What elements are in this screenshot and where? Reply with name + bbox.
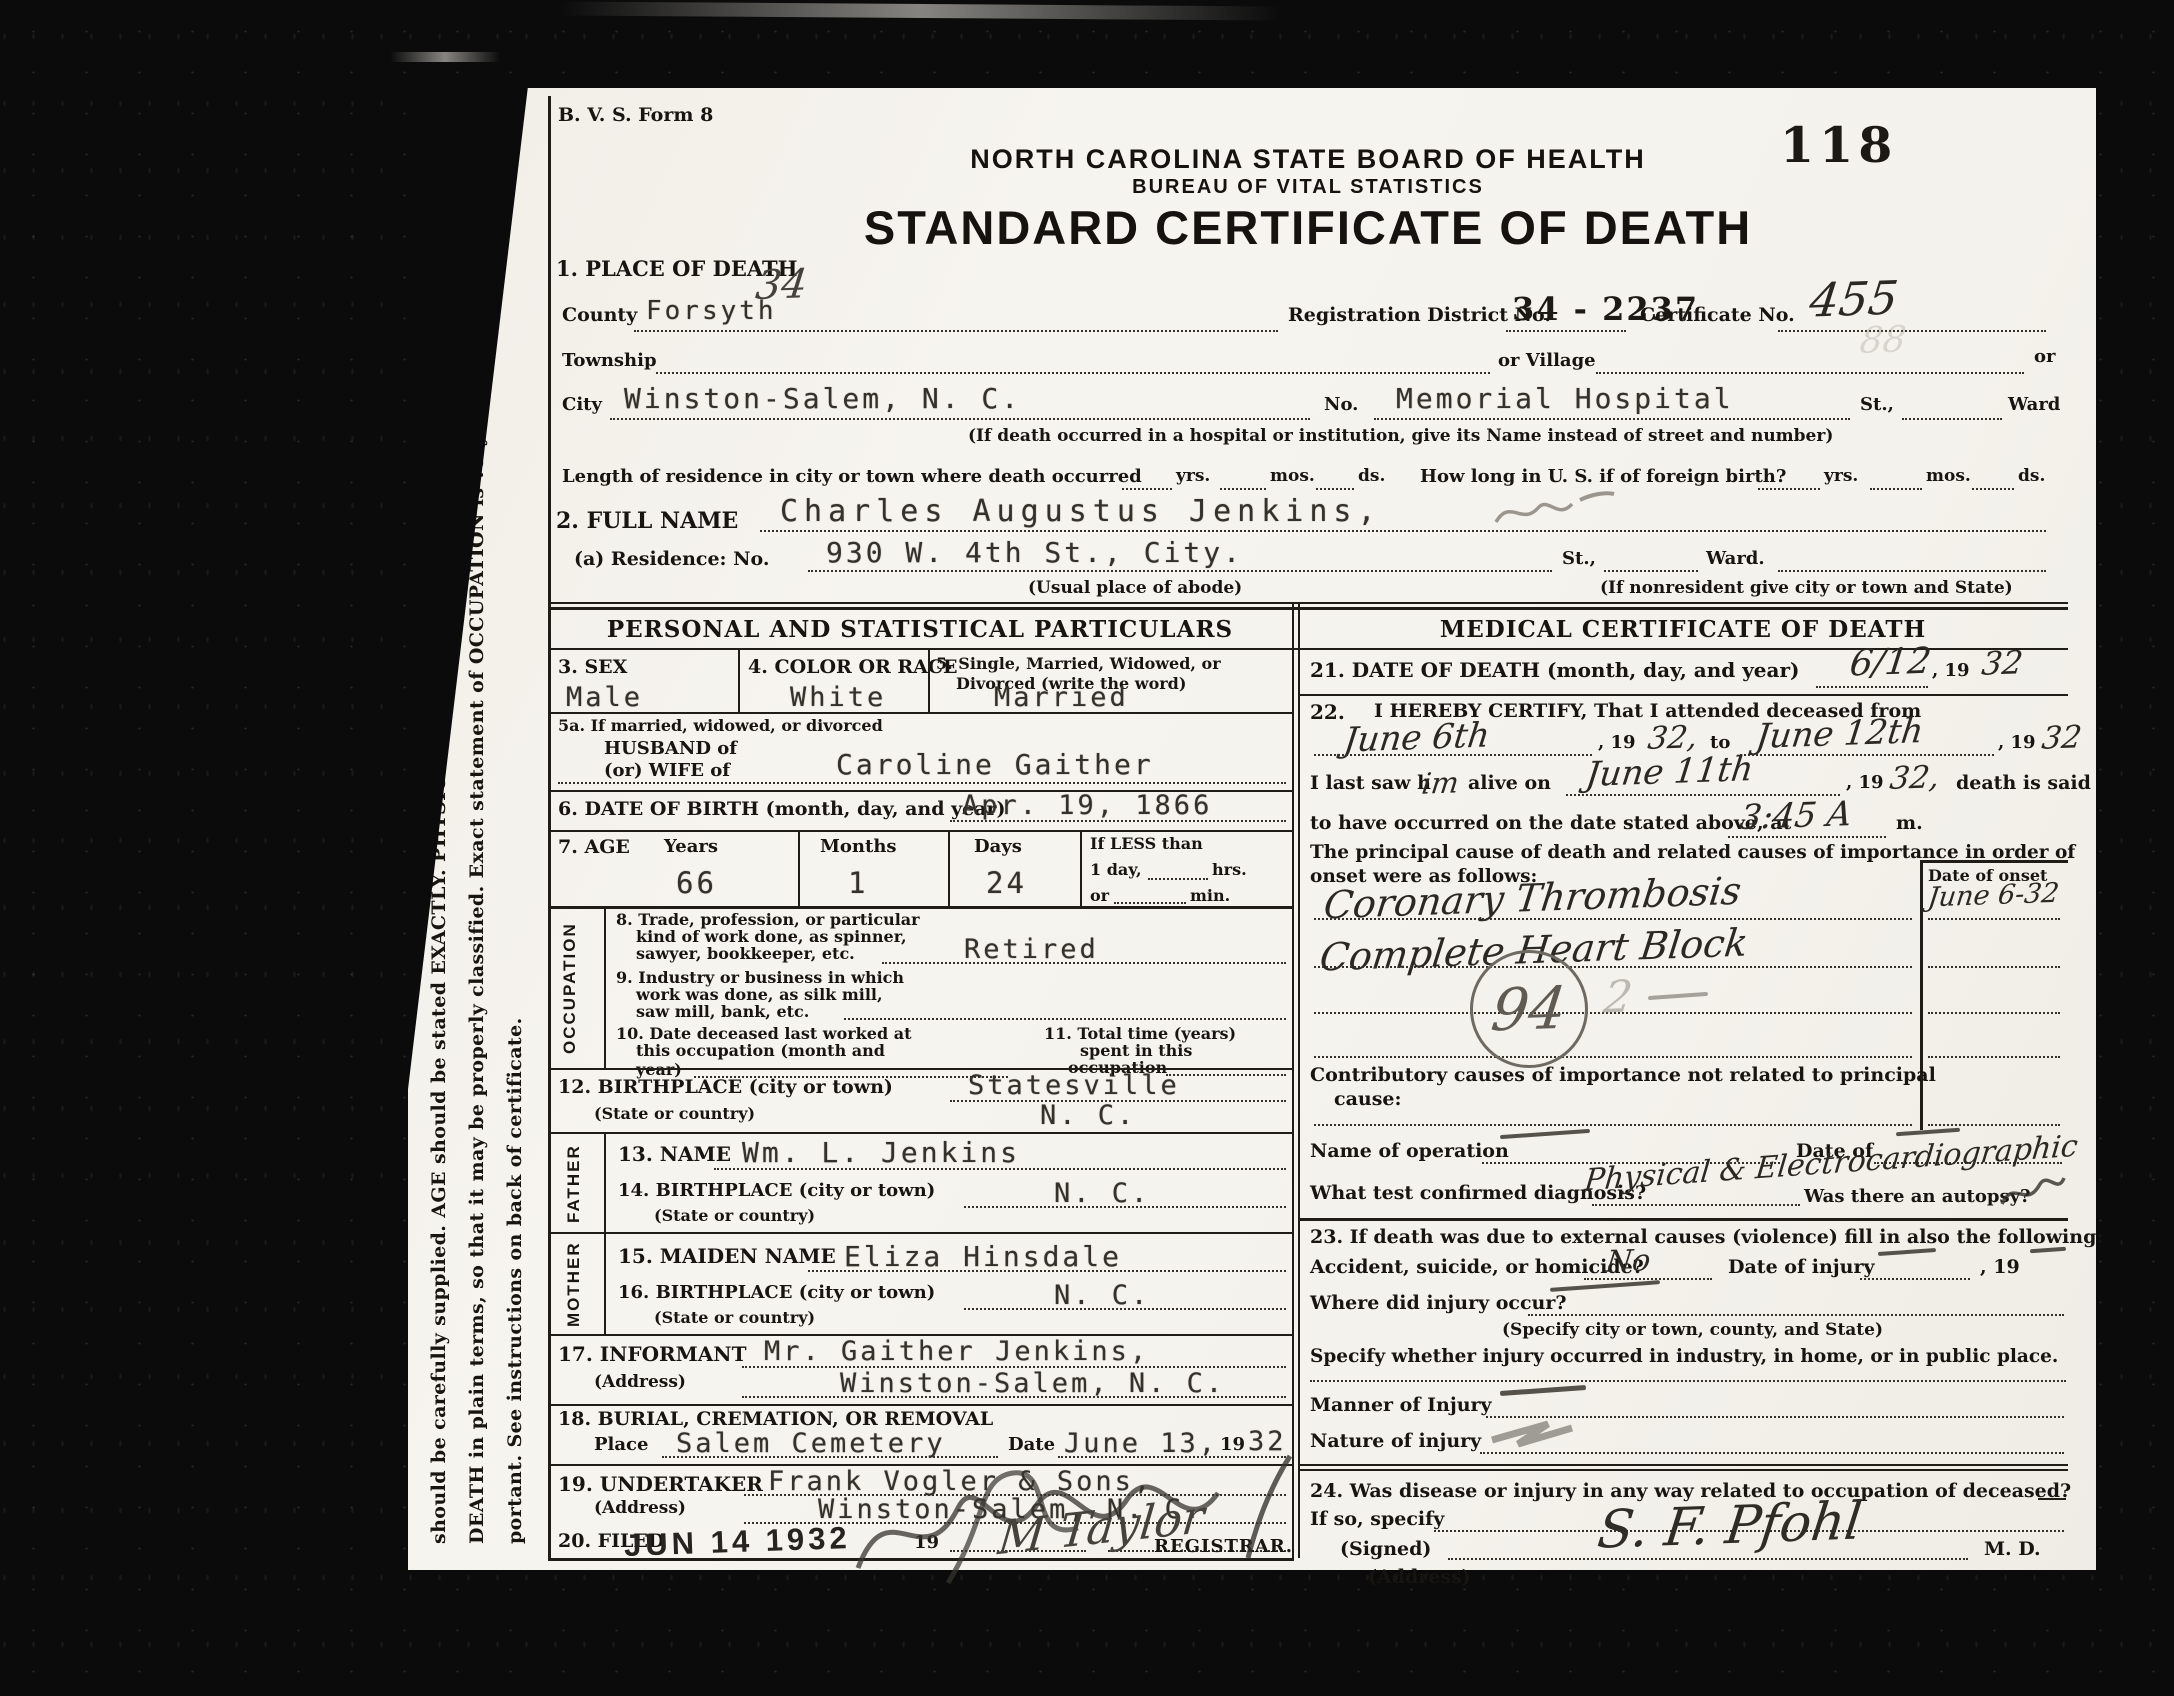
sex-value: Male xyxy=(566,682,643,713)
nonresident-note: (If nonresident give city or town and St… xyxy=(1600,578,2013,598)
fill-line xyxy=(1166,1074,1286,1076)
divider-line xyxy=(928,648,930,712)
fill-line xyxy=(1870,488,1922,490)
rule-line xyxy=(1298,694,2068,696)
scanned-document: should be carefully supplied. AGE should… xyxy=(0,0,2174,1696)
fill-line xyxy=(742,1396,1286,1398)
divider-line xyxy=(798,830,800,906)
mother-name-value: Eliza Hinsdale xyxy=(844,1240,1122,1273)
margin-note-line3: portant. See instructions on back of cer… xyxy=(504,1017,526,1544)
age-less-label-2: 1 day, xyxy=(1090,860,1142,879)
divider-line xyxy=(948,830,950,906)
form-number: B. V. S. Form 8 xyxy=(558,104,713,126)
rule-line xyxy=(548,648,2068,650)
sex-label: 3. SEX xyxy=(558,656,627,678)
fill-line xyxy=(634,330,1278,332)
industry-label-3: saw mill, bank, etc. xyxy=(636,1002,809,1021)
birthplace-state-value: N. C. xyxy=(1040,1100,1136,1131)
city-label: City xyxy=(562,394,602,415)
informant-address-value: Winston-Salem, N. C. xyxy=(840,1368,1225,1399)
father-name-value: Wm. L. Jenkins xyxy=(742,1136,1020,1169)
undertaker-label: 19. UNDERTAKER xyxy=(558,1472,763,1496)
township-label: Township xyxy=(562,350,657,371)
pencil-smudge xyxy=(1488,1416,1588,1450)
age-days-label: Days xyxy=(974,836,1022,857)
onset-date-1: June 6-32 xyxy=(1926,878,2061,914)
birth-date-label: 6. DATE OF BIRTH (month, day, and year) xyxy=(558,798,1006,820)
fill-line xyxy=(844,1018,1286,1020)
fill-line xyxy=(1528,1314,2064,1316)
fill-line xyxy=(1448,1558,1968,1560)
hospital-note: (If death occurred in a hospital or inst… xyxy=(968,426,1833,446)
date-of-death-label: 21. DATE OF DEATH (month, day, and year) xyxy=(1310,658,1800,682)
rule-line xyxy=(1920,860,2068,863)
fill-line xyxy=(1480,1452,2064,1454)
fill-line xyxy=(1314,918,1912,920)
fill-line xyxy=(1506,330,1626,332)
divider-line xyxy=(604,1232,606,1334)
fill-line xyxy=(1314,1056,1912,1058)
file-stamp-number: 118 xyxy=(1780,116,1897,174)
form-border-left xyxy=(548,96,551,1558)
rule-line xyxy=(2038,1498,2066,1500)
rule-line xyxy=(548,906,1292,909)
injury-19-label: , 19 xyxy=(1980,1256,2020,1278)
address-label: (Address) xyxy=(1368,1566,1471,1588)
date-of-death-year: 32 xyxy=(1980,643,2025,683)
rule-line xyxy=(548,830,1292,832)
age-months-value: 1 xyxy=(848,866,868,900)
pencil-squiggle xyxy=(1488,486,1618,530)
if-so-specify-label: If so, specify xyxy=(1310,1508,1444,1530)
father-birthplace-value: N. C. xyxy=(1054,1178,1150,1209)
column-divider xyxy=(1298,602,1300,1558)
external-causes-label: 23. If death was due to external causes … xyxy=(1310,1226,2103,1248)
specify-city-note: (Specify city or town, county, and State… xyxy=(1502,1320,1883,1340)
last-saw-label: I last saw h xyxy=(1310,772,1431,794)
pencil-code-value: 94 xyxy=(1488,974,1570,1045)
fill-line xyxy=(1928,1124,2060,1126)
county-label: County xyxy=(562,304,637,326)
last-worked-label-2: this occupation (month and xyxy=(636,1041,885,1060)
fill-line xyxy=(1114,902,1186,904)
yrs-label: yrs. xyxy=(1824,466,1858,486)
attended-to-value: June 12th xyxy=(1754,711,1926,757)
fill-line xyxy=(1902,418,2002,420)
rule-line xyxy=(548,1404,1292,1406)
birthplace-label: 12. BIRTHPLACE (city or town) xyxy=(558,1076,893,1098)
fill-line xyxy=(1972,488,2014,490)
attended-to-19: , 19 xyxy=(1998,732,2036,753)
rule-line xyxy=(1298,1469,2068,1471)
fill-line xyxy=(1928,966,2060,968)
fill-line xyxy=(1584,1278,1712,1280)
death-said-label: death is said xyxy=(1956,772,2091,794)
fill-line xyxy=(1374,418,1850,420)
undertaker-address-label: (Address) xyxy=(594,1498,686,1518)
accident-value: No xyxy=(1604,1243,1653,1280)
rule-line xyxy=(548,1232,1292,1234)
foreign-birth-label: How long in U. S. if of foreign birth? xyxy=(1420,466,1786,487)
yrs-label: yrs. xyxy=(1176,466,1210,486)
faint-pencil-mark: 88 xyxy=(1857,319,1908,362)
fill-line xyxy=(1778,330,2046,332)
rule-line xyxy=(548,607,2068,610)
village-label: or Village xyxy=(1498,350,1596,371)
age-days-value: 24 xyxy=(986,866,1027,900)
marital-value: Married xyxy=(994,682,1129,713)
fill-line xyxy=(656,372,1490,374)
city-value: Winston-Salem, N. C. xyxy=(624,382,1021,415)
last-saw-year: 32, xyxy=(1888,759,1942,797)
injury-date-label: Date of injury xyxy=(1728,1256,1875,1278)
fill-line xyxy=(808,1270,1286,1272)
fill-line xyxy=(808,570,1552,572)
full-name-label: 2. FULL NAME xyxy=(556,508,738,534)
institution-value: Memorial Hospital xyxy=(1396,382,1734,415)
marital-label-1: 5. Single, Married, Widowed, or xyxy=(936,654,1221,673)
date-of-death-19: , 19 xyxy=(1932,660,1970,681)
certify-number: 22. xyxy=(1310,700,1345,724)
fill-line xyxy=(882,962,1286,964)
residence-length-label: Length of residence in city or town wher… xyxy=(562,466,1142,487)
fill-line xyxy=(1778,570,2046,572)
fill-line xyxy=(964,1206,1286,1208)
birthplace-state-label: (State or country) xyxy=(594,1104,755,1123)
pencil-dash xyxy=(1550,1280,1660,1292)
rule-line xyxy=(548,1132,1292,1134)
contributory-label-2: cause: xyxy=(1334,1088,1402,1110)
scan-streak xyxy=(560,1,1280,20)
pencil-dash xyxy=(1500,1385,1586,1396)
occurred-label: to have occurred on the date stated abov… xyxy=(1310,812,1791,834)
birth-date-value: Apr. 19, 1866 xyxy=(962,790,1212,821)
manner-of-injury-label: Manner of Injury xyxy=(1310,1394,1492,1416)
attended-to-year: 32 xyxy=(2040,719,2084,757)
rule-line xyxy=(1298,1218,2068,1221)
last-saw-value: June 11th xyxy=(1584,749,1756,795)
column-divider xyxy=(1292,602,1294,1558)
fill-line xyxy=(1220,488,1266,490)
informant-value: Mr. Gaither Jenkins, xyxy=(764,1336,1149,1367)
scan-streak xyxy=(390,52,500,62)
street-label: St., xyxy=(1860,394,1894,415)
fill-line xyxy=(760,530,2046,532)
fill-line xyxy=(558,782,1286,784)
fill-line xyxy=(1928,918,2060,920)
age-hrs-label: hrs. xyxy=(1212,860,1247,879)
husband-of-label: HUSBAND of xyxy=(604,738,737,759)
fill-line xyxy=(1122,488,1172,490)
divider-line xyxy=(604,1132,606,1232)
rule-line xyxy=(548,602,2068,604)
occupation-side-label: OCCUPATION xyxy=(560,914,580,1062)
fill-line xyxy=(1816,686,1928,688)
m-label: m. xyxy=(1896,812,1923,834)
divider-line xyxy=(1080,830,1082,906)
or-label: or xyxy=(2034,346,2056,367)
fill-line xyxy=(1604,570,1698,572)
certificate-no-label: Certificate No. xyxy=(1640,304,1795,326)
fill-line xyxy=(1596,372,2024,374)
burial-label: 18. BURIAL, CREMATION, OR REMOVAL xyxy=(558,1408,993,1430)
mos-label: mos. xyxy=(1270,466,1315,486)
operation-label: Name of operation xyxy=(1310,1140,1509,1162)
fill-line xyxy=(714,1168,1286,1170)
pencil-dash xyxy=(1500,1129,1590,1139)
informant-label: 17. INFORMANT xyxy=(558,1342,746,1366)
fill-line xyxy=(1740,754,1994,756)
contributory-label-1: Contributory causes of importance not re… xyxy=(1310,1064,1936,1086)
spouse-label: 5a. If married, widowed, or divorced xyxy=(558,716,883,735)
certificate-page: should be carefully supplied. AGE should… xyxy=(408,88,2096,1570)
bureau-header: BUREAU OF VITAL STATISTICS xyxy=(878,176,1738,199)
abode-note: (Usual place of abode) xyxy=(1028,578,1242,598)
wife-of-label: (or) WIFE of xyxy=(604,760,730,781)
age-min-label: min. xyxy=(1190,886,1230,905)
ds-label: ds. xyxy=(2018,466,2045,486)
full-name-value: Charles Augustus Jenkins, xyxy=(780,494,1382,529)
mother-state-label: (State or country) xyxy=(654,1308,815,1327)
residence-label: (a) Residence: No. xyxy=(574,548,770,570)
autopsy-scribble xyxy=(1996,1170,2068,1214)
fill-line xyxy=(1310,1380,2066,1382)
personal-section-header: PERSONAL AND STATISTICAL PARTICULARS xyxy=(548,616,1292,643)
race-value: White xyxy=(790,682,886,713)
fill-line xyxy=(1758,488,1820,490)
fill-line xyxy=(1316,488,1354,490)
street-label: St., xyxy=(1562,548,1596,569)
pencil-code-extra: 2 xyxy=(1601,971,1635,1023)
trade-value: Retired xyxy=(964,934,1099,965)
father-state-label: (State or country) xyxy=(654,1206,815,1225)
signed-label: (Signed) xyxy=(1340,1538,1431,1560)
birthplace-value: Statesville xyxy=(968,1070,1180,1101)
md-label: M. D. xyxy=(1984,1538,2041,1560)
fill-line xyxy=(1728,836,1886,838)
age-months-label: Months xyxy=(820,836,897,857)
mother-birthplace-label: 16. BIRTHPLACE (city or town) xyxy=(618,1282,935,1303)
father-birthplace-label: 14. BIRTHPLACE (city or town) xyxy=(618,1180,935,1201)
rule-line xyxy=(548,712,1292,714)
age-years-label: Years xyxy=(664,836,718,857)
pencil-dash xyxy=(1878,1248,1936,1256)
father-side-label: FATHER xyxy=(564,1140,584,1228)
race-label: 4. COLOR OR RACE xyxy=(748,656,958,678)
medical-section-header: MEDICAL CERTIFICATE OF DEATH xyxy=(1298,616,2068,643)
divider-line xyxy=(738,648,740,712)
divider-line xyxy=(604,906,606,1068)
age-years-value: 66 xyxy=(676,866,717,900)
specify-where-label: Specify whether injury occurred in indus… xyxy=(1310,1346,2058,1367)
mother-side-label: MOTHER xyxy=(564,1240,584,1328)
accident-label: Accident, suicide, or homicide? xyxy=(1310,1256,1644,1278)
fill-line xyxy=(1148,878,1208,880)
fill-line xyxy=(1860,1278,1970,1280)
mother-birthplace-value: N. C. xyxy=(1054,1280,1150,1311)
last-saw-him: im xyxy=(1420,765,1461,800)
pencil-dash xyxy=(1648,992,1708,1000)
residence-value: 930 W. 4th St., City. xyxy=(826,536,1243,569)
date-of-death-value: 6/12 xyxy=(1847,640,1933,684)
fill-line xyxy=(964,1308,1286,1310)
board-header: NORTH CAROLINA STATE BOARD OF HEALTH xyxy=(878,144,1738,175)
spouse-value: Caroline Gaither xyxy=(836,748,1154,781)
institution-no-label: No. xyxy=(1324,394,1358,415)
age-less-label-1: If LESS than xyxy=(1090,834,1203,853)
county-pencil-number: 34 xyxy=(753,261,810,309)
fill-line xyxy=(1928,1012,2060,1014)
death-time-value: 3:45 A xyxy=(1738,794,1855,838)
trade-label-3: sawyer, bookkeeper, etc. xyxy=(636,944,855,963)
fill-line xyxy=(950,820,1286,822)
mother-name-label: 15. MAIDEN NAME xyxy=(618,1244,836,1268)
ward-label: Ward xyxy=(2008,394,2060,415)
pencil-code-circle: 94 xyxy=(1470,950,1588,1068)
attended-from-19: , 19 xyxy=(1598,732,1636,753)
burial-place-label: Place xyxy=(594,1434,648,1455)
fill-line xyxy=(1314,966,1912,968)
alive-on-label: alive on xyxy=(1468,772,1551,794)
mos-label: mos. xyxy=(1926,466,1971,486)
pencil-dash xyxy=(1896,1128,1960,1136)
fill-line xyxy=(1314,1124,1912,1126)
informant-address-label: (Address) xyxy=(594,1372,686,1392)
age-or-label: or xyxy=(1090,886,1109,905)
age-label: 7. AGE xyxy=(558,836,630,858)
where-injury-label: Where did injury occur? xyxy=(1310,1292,1567,1314)
rule-line xyxy=(548,1068,1292,1070)
onset-column-divider xyxy=(1920,860,1923,1130)
fill-line xyxy=(1928,1056,2060,1058)
physician-signature: S. F. Pfohl xyxy=(1594,1491,1865,1560)
fill-line xyxy=(1592,1204,1800,1206)
certificate-title: STANDARD CERTIFICATE OF DEATH xyxy=(808,200,1808,255)
rule-line xyxy=(1298,1464,2068,1466)
last-saw-19: , 19 xyxy=(1846,772,1884,793)
ds-label: ds. xyxy=(1358,466,1385,486)
fill-line xyxy=(1314,754,1592,756)
nature-of-injury-label: Nature of injury xyxy=(1310,1430,1481,1452)
fill-line xyxy=(610,418,1310,420)
father-name-label: 13. NAME xyxy=(618,1142,731,1166)
ward-label: Ward. xyxy=(1706,548,1765,569)
